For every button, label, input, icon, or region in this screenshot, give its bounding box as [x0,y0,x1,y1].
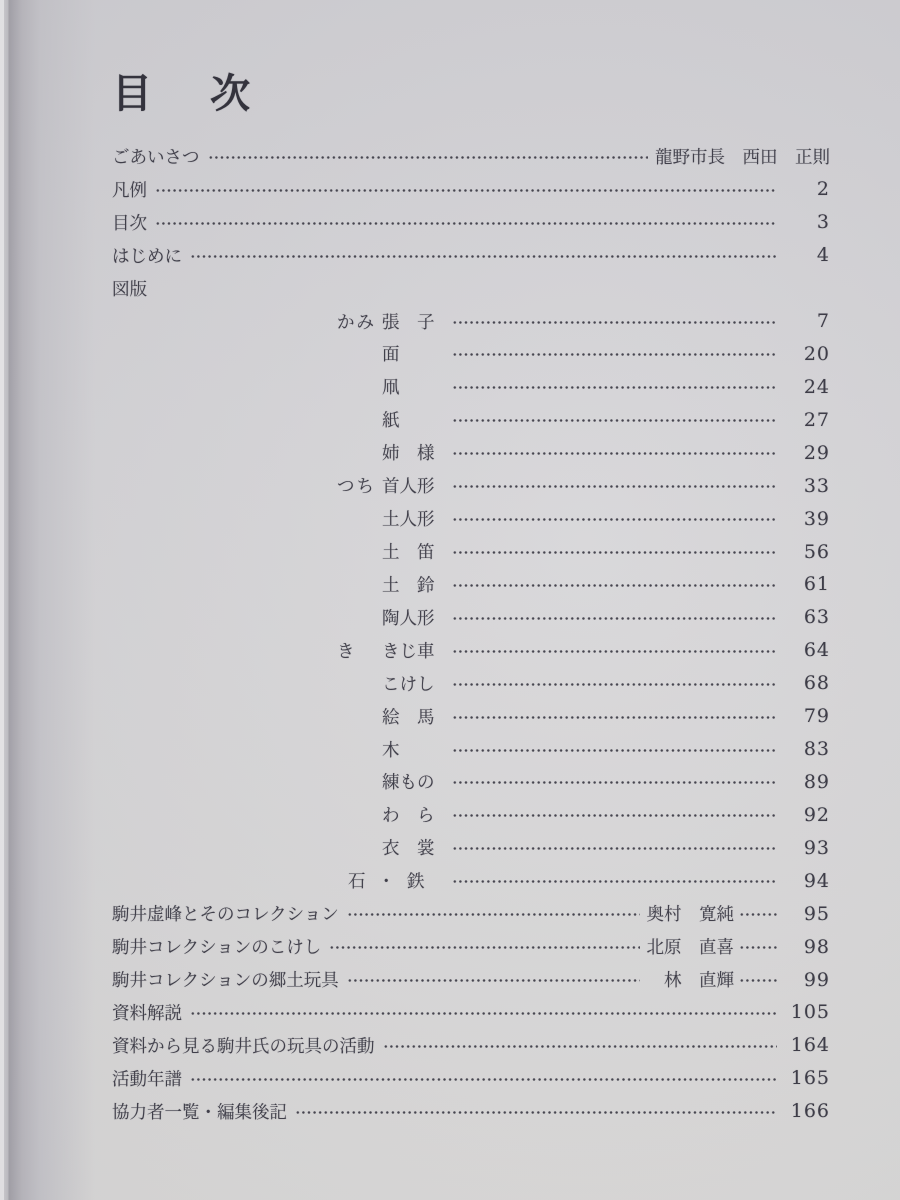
toc-page-number: 3 [784,211,830,233]
toc-page-number: 83 [784,738,830,760]
dot-leader [452,452,777,455]
toc-entry-label: ごあいさつ [112,144,200,169]
toc-page-number: 89 [784,771,830,793]
dot-leader-short [739,913,779,916]
toc-entry-label: 協力者一覧・編集後記 [112,1099,287,1124]
toc-entry-label: 石・鉄 [348,868,450,893]
toc-page-number: 92 [784,804,830,826]
toc-row: 絵 馬 79 [0,700,830,733]
toc-row: 紙 27 [0,403,830,436]
toc-page-number: 93 [784,837,830,859]
toc-entry-label: 張 子 [382,309,450,334]
toc-row: はじめに 4 [0,239,830,272]
toc-group-label: つち [337,473,382,498]
dot-leader [452,814,777,817]
toc-entry-label: 駒井コレクションの郷土玩具 [112,967,339,992]
dot-leader [452,386,777,389]
toc-entry-label: 資料から見る駒井氏の玩具の活動 [112,1033,375,1058]
dot-leader [190,1012,777,1015]
toc-entry-label: 土人形 [382,506,450,531]
toc-author: 林 直輝 [647,967,735,992]
toc-row: 姉 様 29 [0,436,830,469]
toc-row: き きじ車 64 [0,634,830,667]
toc-page-number: 63 [784,606,830,628]
dot-leader-short [739,946,779,949]
toc-entry-label: 駒井コレクションのこけし [112,934,321,959]
toc-entry-label: 駒井虚峰とそのコレクション [112,901,339,926]
toc-page-number: 64 [784,639,830,661]
toc-row: 凧 24 [0,370,830,403]
toc-row: 駒井コレクションの郷土玩具 林 直輝 99 [0,963,830,996]
toc-row: 目次 3 [0,206,830,239]
toc-page-number: 105 [784,1001,830,1023]
toc-page-number: 24 [784,376,830,398]
dot-leader [452,518,777,521]
toc-row: 土 笛 56 [0,535,830,568]
toc-row: 衣 裳 93 [0,831,830,864]
dot-leader [383,1045,778,1048]
toc-row: つち 首人形 33 [0,469,830,502]
dot-leader [347,913,640,916]
toc-page-number: 61 [784,573,830,595]
toc-entry-label: きじ車 [382,638,450,663]
dot-leader [452,716,777,719]
dot-leader [452,584,777,587]
toc-author: 北原 直喜 [647,934,735,959]
toc-page-number: 166 [784,1100,830,1122]
toc-entry-label: 活動年譜 [112,1066,182,1091]
toc-row: 石・鉄 94 [0,864,830,897]
toc-page-number: 165 [784,1067,830,1089]
toc-page-number: 7 [784,310,830,332]
dot-leader [452,419,777,422]
toc-page-number: 56 [784,541,830,563]
book-page-photo: 目 次 ごあいさつ 龍野市長 西田 正則 凡例 2 目次 3 はじめに 4 図版 [0,0,900,1200]
toc-author: 奥村 寛純 [647,901,735,926]
toc-entry-label: 図版 [112,276,147,301]
toc-page-number: 68 [784,672,830,694]
toc-entry-label: 凧 [382,374,450,399]
toc-row: わ ら 92 [0,798,830,831]
toc-page-number: 20 [784,343,830,365]
toc-entry-label: 練もの [382,769,450,794]
toc-row: 協力者一覧・編集後記 166 [0,1095,830,1128]
toc-row: 駒井虚峰とそのコレクション 奥村 寛純 95 [0,897,830,930]
toc-row: 木 83 [0,733,830,766]
toc-entry-label: 凡例 [112,177,147,202]
toc-entry-label: 衣 裳 [382,835,450,860]
dot-leader [452,749,777,752]
toc-entry-label: 陶人形 [382,605,450,630]
toc-page-number: 29 [784,442,830,464]
toc-author: 龍野市長 西田 正則 [655,144,830,169]
toc-entry-label: 土 笛 [382,539,450,564]
toc-entry-label: わ ら [382,802,450,827]
toc-row: ごあいさつ 龍野市長 西田 正則 [0,140,830,173]
toc-page-number: 39 [784,508,830,530]
dot-leader [347,979,640,982]
toc-page-number: 98 [784,936,830,958]
dot-leader [452,551,777,554]
toc-page-number: 164 [784,1034,830,1056]
toc-row: 面 20 [0,338,830,371]
toc-entry-label: 姉 様 [382,440,450,465]
toc-entry-label: こけし [382,671,450,696]
toc-entry-label: 紙 [382,407,450,432]
toc-row: 駒井コレクションのこけし 北原 直喜 98 [0,930,830,963]
toc-row: 図版 [0,272,830,305]
toc-entry-label: 土 鈴 [382,572,450,597]
dot-leader [452,321,777,324]
toc-group-label: かみ [337,309,382,334]
toc-entry-label: 絵 馬 [382,704,450,729]
dot-leader [452,485,777,488]
toc-row: 活動年譜 165 [0,1062,830,1095]
dot-leader [452,353,777,356]
toc-page-number: 79 [784,705,830,727]
toc-row: 凡例 2 [0,173,830,206]
toc-row: 資料から見る駒井氏の玩具の活動 164 [0,1029,830,1062]
dot-leader [190,1078,777,1081]
dot-leader [155,189,777,192]
toc-list: ごあいさつ 龍野市長 西田 正則 凡例 2 目次 3 はじめに 4 図版 かみ … [0,140,830,1128]
toc-page-number: 95 [784,903,830,925]
dot-leader [208,156,649,159]
table-of-contents-page: 目 次 ごあいさつ 龍野市長 西田 正則 凡例 2 目次 3 はじめに 4 図版 [0,0,900,1200]
toc-entry-label: はじめに [112,243,182,268]
dot-leader-short [739,979,779,982]
toc-page-number: 33 [784,475,830,497]
dot-leader [452,781,777,784]
dot-leader [452,847,777,850]
dot-leader [452,650,777,653]
toc-row: かみ 張 子 7 [0,305,830,338]
toc-group-label: き [337,638,382,663]
dot-leader [452,683,777,686]
dot-leader [452,617,777,620]
toc-row: こけし 68 [0,667,830,700]
dot-leader [452,880,777,883]
toc-entry-label: 資料解説 [112,1000,182,1025]
toc-entry-label: 木 [382,737,450,762]
toc-row: 土人形 39 [0,502,830,535]
toc-page-number: 2 [784,178,830,200]
dot-leader [155,222,777,225]
toc-entry-label: 首人形 [382,473,450,498]
toc-page-number: 94 [784,870,830,892]
toc-entry-label: 目次 [112,210,147,235]
dot-leader [190,255,777,258]
dot-leader [295,1111,777,1114]
toc-entry-label: 面 [382,341,450,366]
toc-page-number: 4 [784,244,830,266]
toc-row: 練もの 89 [0,766,830,799]
page-title: 目 次 [112,62,259,119]
toc-page-number: 27 [784,409,830,431]
toc-row: 陶人形 63 [0,601,830,634]
dot-leader [329,946,639,949]
toc-row: 資料解説 105 [0,996,830,1029]
toc-row: 土 鈴 61 [0,568,830,601]
toc-page-number: 99 [784,969,830,991]
